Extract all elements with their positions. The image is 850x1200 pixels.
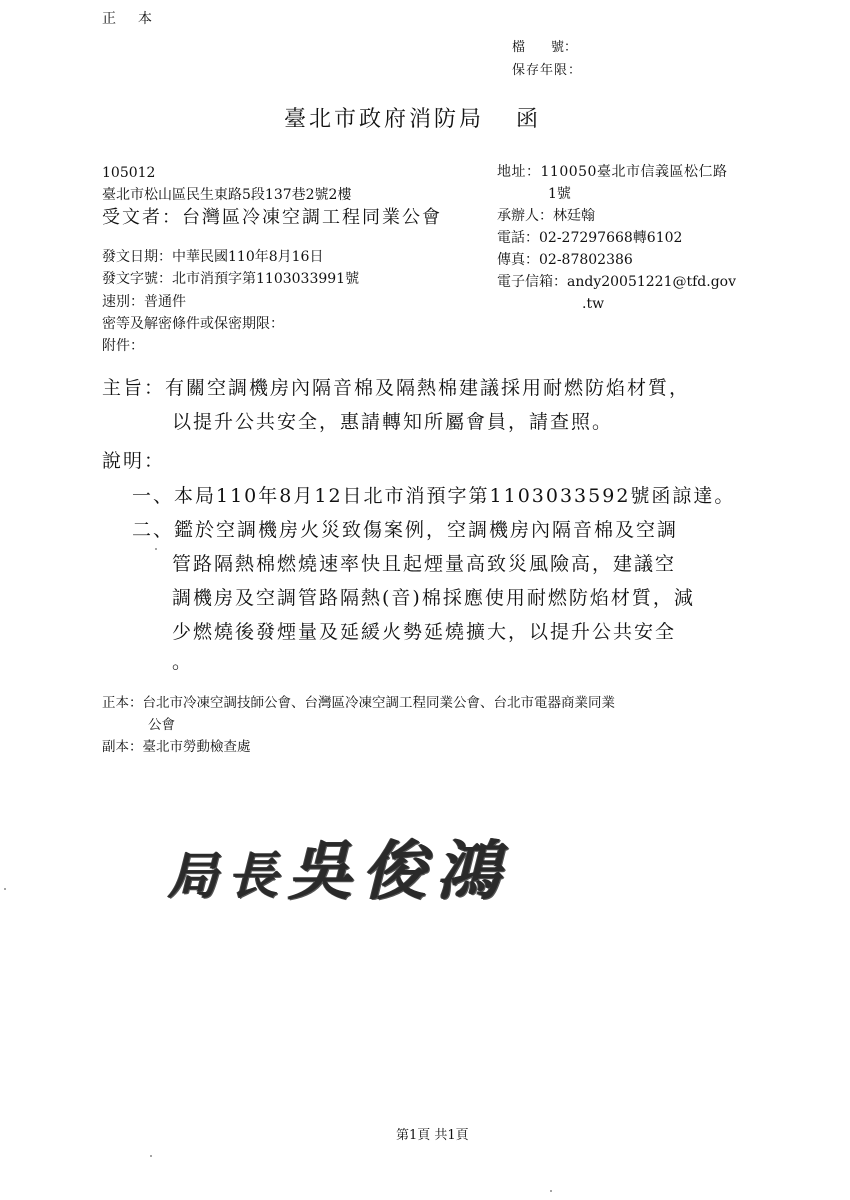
priority: 速別：普通件 [102,293,186,311]
director-signature: 局長吳俊鴻 [168,820,510,912]
scan-speck [550,1190,552,1192]
classification: 密等及解密條件或保密期限： [102,315,284,333]
explanation-label: 說明： [102,449,165,473]
recipient-address: 臺北市松山區民生東路5段137巷2號2樓 [102,186,351,204]
attachments: 附件： [102,337,144,355]
email-address-line2: .tw [582,295,604,313]
explanation-item-2-line4: 少燃燒後發煙量及延緩火勢延燒擴大，以提升公共安全 [172,620,676,644]
phone-number: 電話：02-27297668轉6102 [497,229,682,247]
explanation-item-2-line5: 。 [172,650,193,674]
sender-address-line2: 1號 [548,185,571,203]
subject-line2: 以提升公共安全，惠請轉知所屬會員，請查照。 [172,410,613,434]
original-recipients-line1: 正本：台北市冷凍空調技師公會、台灣區冷凍空調工程同業公會、台北市電器商業同業 [102,694,615,712]
recipient-name: 受文者：台灣區冷凍空調工程同業公會 [102,207,442,229]
scan-speck [4,888,6,890]
scan-speck [150,1155,152,1157]
handler-name: 承辦人：林廷翰 [497,207,595,225]
document-type: 函 [516,107,541,132]
copy-type-label: 正 本 [102,10,156,28]
page-number: 第1頁 共1頁 [396,1128,469,1144]
fax-number: 傳真：02-87802386 [497,251,633,269]
email-address-line1: 電子信箱：andy20051221@tfd.gov [497,273,736,291]
agency-name: 臺北市政府消防局 [284,107,484,132]
document-number: 發文字號：北市消預字第1103033991號 [102,270,359,288]
explanation-item-1: 一、本局110年8月12日北市消預字第1103033592號函諒達。 [132,484,735,508]
explanation-item-2-line1: 二、鑑於空調機房火災致傷案例，空調機房內隔音棉及空調 [132,518,678,542]
explanation-item-2-line2: 管路隔熱棉燃燒速率快且起煙量高致災風險高，建議空 [172,552,676,576]
subject-line1: 主旨：有關空調機房內隔音棉及隔熱棉建議採用耐燃防焰材質， [102,376,690,400]
original-recipients-line2: 公會 [148,716,175,734]
sender-address-line1: 地址：110050臺北市信義區松仁路 [497,163,727,181]
signature-title: 局長 [168,846,288,905]
document-title: 臺北市政府消防局函 [284,102,541,133]
signature-name: 吳俊鴻 [288,834,510,909]
copy-recipients: 副本：臺北市勞動檢查處 [102,738,251,756]
scan-speck [155,548,157,550]
explanation-item-2-line3: 調機房及空調管路隔熱(音)棉採應使用耐燃防焰材質，減 [172,586,695,610]
issue-date: 發文日期：中華民國110年8月16日 [102,248,323,266]
recipient-postal-code: 105012 [102,164,155,182]
retention-label: 保存年限： [512,63,582,79]
file-number-label: 檔 號： [512,40,577,56]
